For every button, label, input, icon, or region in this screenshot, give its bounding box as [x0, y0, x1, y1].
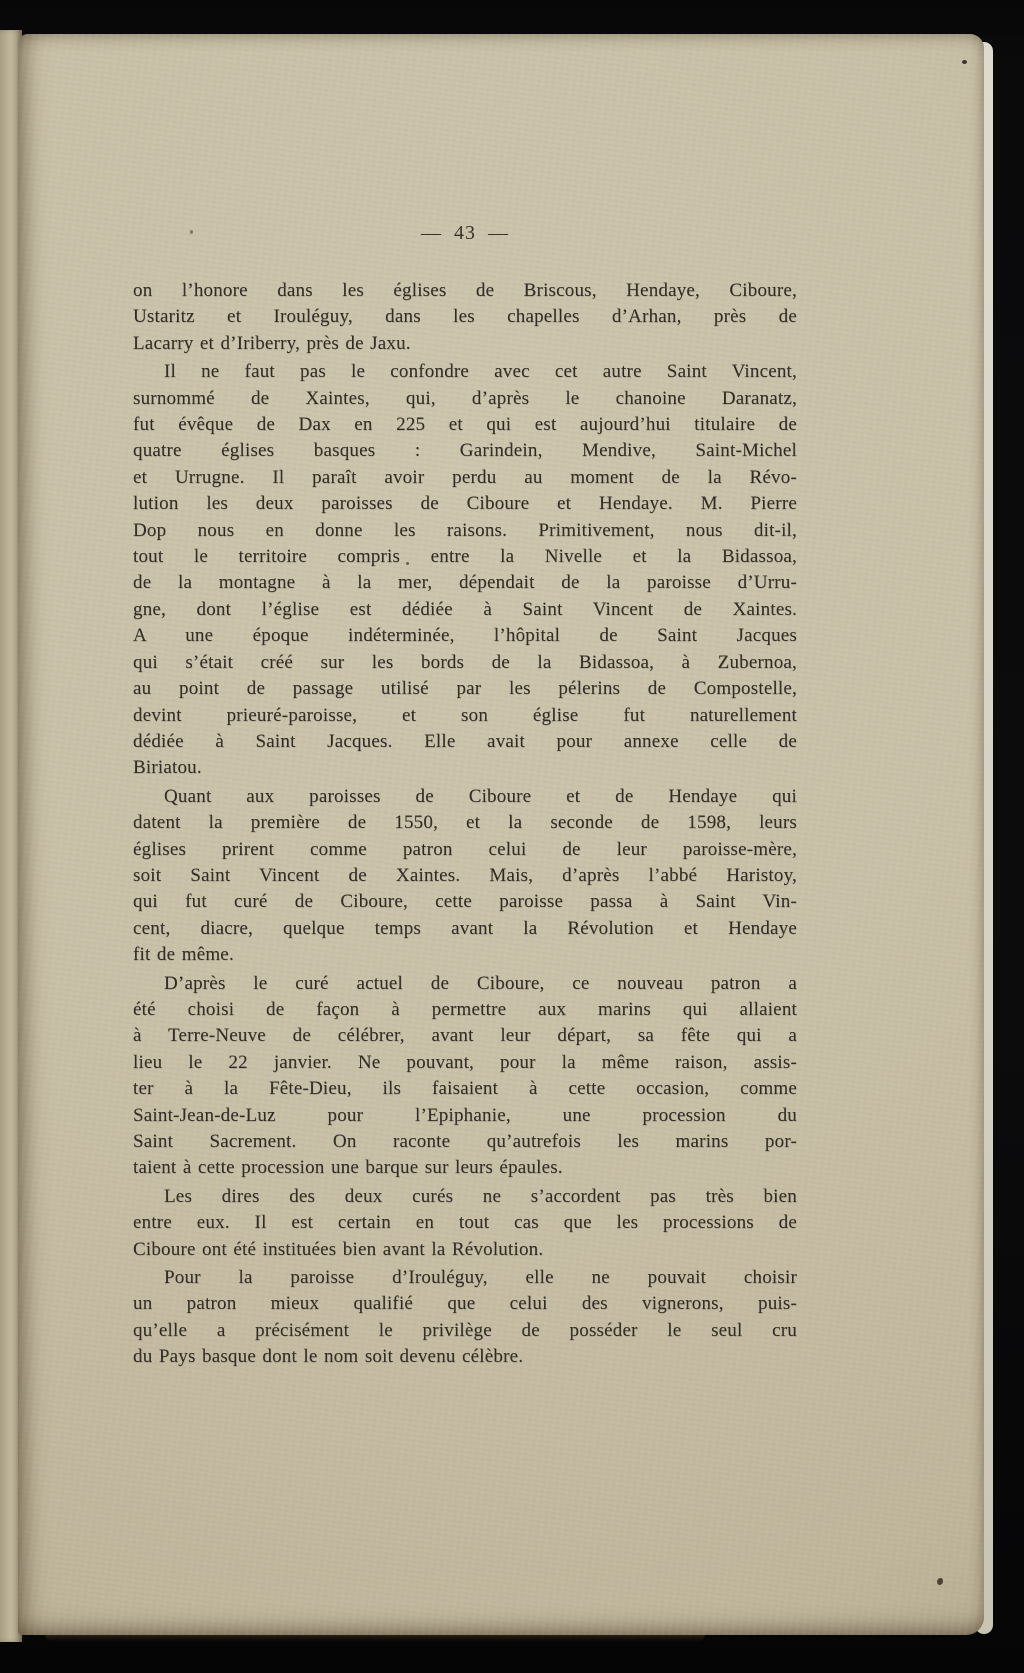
text-line: Dop nous en donne les raisons. Primitive…: [133, 518, 797, 544]
text-line: taient à cette procession une barque sur…: [133, 1155, 797, 1181]
text-line: lution les deux paroisses de Ciboure et …: [133, 491, 797, 517]
text-line: églises prirent comme patron celui de le…: [133, 837, 797, 863]
text-line: soit Saint Vincent de Xaintes. Mais, d’a…: [133, 863, 797, 889]
text-line: tout le territoire compris entre la Nive…: [133, 544, 797, 570]
text-line: datent la première de 1550, et la second…: [133, 810, 797, 836]
text-line: Biriatou.: [133, 755, 797, 781]
text-line: quatre églises basques : Garindein, Mend…: [133, 438, 797, 464]
book-page: — 43 — on l’honore dans les églises de B…: [18, 34, 984, 1635]
text-line: D’après le curé actuel de Ciboure, ce no…: [133, 971, 797, 997]
paragraph: Pour la paroisse d’Irouléguy, elle ne po…: [133, 1265, 797, 1371]
text-line: lieu le 22 janvier. Ne pouvant, pour la …: [133, 1050, 797, 1076]
paper-speck: [962, 60, 967, 64]
paper-speck: [937, 1578, 943, 1585]
text-line: et Urrugne. Il paraît avoir perdu au mom…: [133, 465, 797, 491]
paragraph: D’après le curé actuel de Ciboure, ce no…: [133, 971, 797, 1182]
text-line: Ustaritz et Irouléguy, dans les chapelle…: [133, 304, 797, 330]
text-line: de la montagne à la mer, dépendait de la…: [133, 570, 797, 596]
text-line: qui s’était créé sur les bords de la Bid…: [133, 650, 797, 676]
text-line: un patron mieux qualifié que celui des v…: [133, 1291, 797, 1317]
text-line: Quant aux paroisses de Ciboure et de Hen…: [133, 784, 797, 810]
text-line: ter à la Fête-Dieu, ils faisaient à cett…: [133, 1076, 797, 1102]
paragraph: Quant aux paroisses de Ciboure et de Hen…: [133, 784, 797, 969]
page-content: — 43 — on l’honore dans les églises de B…: [133, 222, 797, 1371]
book-scan: — 43 — on l’honore dans les églises de B…: [0, 0, 1024, 1673]
text-line: du Pays basque dont le nom soit devenu c…: [133, 1344, 797, 1370]
text-line: dédiée à Saint Jacques. Elle avait pour …: [133, 729, 797, 755]
text-line: à Terre-Neuve de célébrer, avant leur dé…: [133, 1023, 797, 1049]
text-block: on l’honore dans les églises de Briscous…: [133, 278, 797, 1371]
page-number: — 43 —: [133, 222, 797, 245]
text-line: devint prieuré-paroisse, et son église f…: [133, 703, 797, 729]
text-line: Ciboure ont été instituées bien avant la…: [133, 1237, 797, 1263]
text-line: au point de passage utilisé par les péle…: [133, 676, 797, 702]
paragraph: Il ne faut pas le confondre avec cet aut…: [133, 359, 797, 782]
text-line: Pour la paroisse d’Irouléguy, elle ne po…: [133, 1265, 797, 1291]
text-line: qui fut curé de Ciboure, cette paroisse …: [133, 889, 797, 915]
paragraph: Les dires des deux curés ne s’accordent …: [133, 1184, 797, 1263]
text-line: A une époque indéterminée, l’hôpital de …: [133, 623, 797, 649]
text-line: Saint Sacrement. On raconte qu’autrefois…: [133, 1129, 797, 1155]
text-line: on l’honore dans les églises de Briscous…: [133, 278, 797, 304]
text-line: qu’elle a précisément le privilège de po…: [133, 1318, 797, 1344]
text-line: surnommé de Xaintes, qui, d’après le cha…: [133, 386, 797, 412]
text-line: fut évêque de Dax en 225 et qui est aujo…: [133, 412, 797, 438]
text-line: cent, diacre, quelque temps avant la Rév…: [133, 916, 797, 942]
text-line: été choisi de façon à permettre aux mari…: [133, 997, 797, 1023]
text-line: gne, dont l’église est dédiée à Saint Vi…: [133, 597, 797, 623]
text-line: fit de même.: [133, 942, 797, 968]
text-line: Les dires des deux curés ne s’accordent …: [133, 1184, 797, 1210]
text-line: Saint-Jean-de-Luz pour l’Epiphanie, une …: [133, 1103, 797, 1129]
text-line: Lacarry et d’Iriberry, près de Jaxu.: [133, 331, 797, 357]
text-line: entre eux. Il est certain en tout cas qu…: [133, 1210, 797, 1236]
text-line: Il ne faut pas le confondre avec cet aut…: [133, 359, 797, 385]
paragraph: on l’honore dans les églises de Briscous…: [133, 278, 797, 357]
